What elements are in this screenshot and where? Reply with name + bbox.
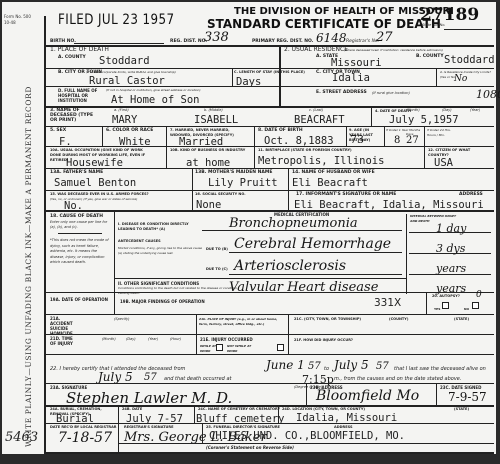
rule — [424, 126, 425, 146]
rule — [306, 383, 307, 405]
business-label: 10b. KIND OF BUSINESS OR INDUSTRY — [170, 148, 245, 153]
cause-c-value: Arteriosclerosis — [234, 258, 346, 274]
rule — [409, 232, 491, 233]
time-of-injury-label: 21d. TIME OF INJURY — [50, 336, 76, 346]
cert-statement-mid2: and that death occurred at — [164, 377, 231, 382]
rule — [288, 168, 289, 190]
spouse-value: Eli Beacraft — [292, 177, 368, 189]
injury-county-label: (COUNTY) — [389, 317, 408, 322]
while-at-work-checkbox[interactable] — [216, 344, 223, 351]
cause-hint: Enter only one cause per line for (a), (… — [50, 220, 110, 230]
cert-last-seen-year: 57 — [144, 372, 157, 383]
rule — [426, 292, 427, 314]
rule — [114, 278, 406, 279]
residence-hint: (Where deceased lived. If institution: r… — [344, 48, 443, 53]
street-annotation: 1080 — [476, 88, 500, 101]
rule — [114, 210, 115, 292]
hospital-label: d. FULL NAME OF HOSPITAL OR INSTITUTION — [58, 88, 98, 103]
date-signed-value: 7-9-57 — [448, 390, 487, 404]
operation-date-label: 19a. DATE OF OPERATION — [50, 297, 108, 302]
pod-county-value: Stoddard — [99, 55, 150, 67]
primary-reg-value: 6148 — [316, 31, 347, 45]
margin-number: 5463 — [5, 430, 38, 445]
father-label: 13a. FATHER'S NAME — [50, 170, 103, 175]
usual-residence-label: 2. USUAL RESIDENCE — [284, 47, 348, 52]
burial-date-label: 24b. DATE — [122, 407, 142, 412]
rule — [281, 86, 494, 87]
name-label: 3. NAME OF DECEASED (Type or Print) — [50, 108, 95, 123]
mother-value: Lily Pruitt — [208, 177, 278, 189]
operation-findings-label: 19b. MAJOR FINDINGS OF OPERATION — [120, 299, 205, 304]
rule — [371, 106, 372, 126]
code-value: 331X — [374, 297, 401, 309]
accident-label: 21a. ACCIDENT SUICIDE HOMICIDE — [50, 316, 80, 336]
informant-label: 17. INFORMANT'S SIGNATURE OR NAME — [296, 192, 396, 197]
antecedent-hint: Morbid conditions, if any, giving rise t… — [118, 246, 203, 256]
pod-county-label: a. COUNTY — [58, 55, 86, 60]
rule — [202, 423, 203, 443]
cert-to-word: to — [324, 367, 329, 372]
state-file-line — [444, 29, 492, 30]
place-of-death-label: 1. PLACE OF DEATH — [50, 47, 109, 52]
rule — [194, 405, 195, 423]
autopsy-mark: 0 — [476, 290, 482, 300]
cause-note: *This does not mean the mode of dying, s… — [50, 238, 110, 266]
due-to-c-label: DUE TO (c) — [206, 267, 228, 272]
rule — [406, 214, 407, 294]
cause-b-value: Cerebral Hemorrhage — [234, 236, 391, 252]
rule — [229, 274, 402, 275]
last-name-label: c. (Last) — [309, 108, 323, 113]
cert-address-value: Bloomfield Mo — [316, 388, 419, 404]
rule — [166, 146, 167, 168]
race-label: 6. COLOR OR RACE — [106, 128, 153, 133]
injury-day-label: (Day) — [126, 337, 136, 342]
dod-day-label: (Day) — [442, 108, 452, 113]
res-street-label: e. STREET ADDRESS — [316, 90, 367, 95]
rule — [102, 126, 103, 146]
rule — [46, 168, 494, 169]
form-rev-text: 10-48 — [4, 20, 31, 26]
date-of-death-value: July 5,1957 — [389, 114, 459, 126]
birthplace-value: Metropolis, Illinois — [258, 155, 384, 167]
rule — [58, 233, 102, 234]
left-margin: Form No. 500 10-48 WRITE PLAINLY—USING U… — [2, 2, 44, 454]
rule — [192, 168, 193, 190]
cemetery-label: 24c. NAME OF CEMETERY OR CREMATORY — [198, 407, 280, 412]
form-left-border — [44, 16, 46, 454]
sex-label: 5. SEX — [50, 128, 66, 133]
rule — [384, 126, 385, 146]
footer-note: (Coroner's Statement on Reverse Side) — [206, 445, 294, 450]
antecedent-label: ANTECEDENT CAUSES — [118, 239, 161, 244]
birthplace-label: 11. BIRTHPLACE (State or Foreign Country… — [258, 148, 352, 153]
injury-occurred-label: 21e. INJURY OCCURRED — [200, 337, 253, 342]
hospital-hint: (If not in hospital or institution, give… — [106, 88, 201, 93]
header-divider — [46, 45, 494, 47]
filed-stamp: FILED JUL 23 1957 — [58, 12, 175, 28]
reg-dist-label: REG. DIST. NO. — [170, 39, 207, 44]
rule — [196, 334, 197, 354]
res-county-label: b. COUNTY — [416, 54, 444, 59]
section-divider — [279, 46, 281, 106]
middle-name-value: ISABELL — [194, 114, 238, 126]
injury-hour-label: (Hour) — [170, 337, 181, 342]
rule — [46, 314, 494, 315]
cert-to-year: 57 — [376, 361, 389, 372]
first-name-value: MARY — [112, 114, 137, 126]
certificate-form: FILED JUL 23 1957 THE DIVISION OF HEALTH… — [44, 2, 496, 454]
rule — [196, 314, 197, 334]
rule — [278, 405, 279, 423]
autopsy-yes-checkbox[interactable] — [442, 302, 449, 309]
rule — [114, 292, 115, 314]
age-days-value: 27 — [406, 135, 419, 146]
length-of-stay-label: c. LENGTH OF STAY (in this place) — [234, 70, 305, 75]
rule — [202, 230, 402, 231]
injury-year-label: (Year) — [148, 337, 158, 342]
father-value: Samuel Benton — [54, 177, 136, 189]
vertical-instruction: WRITE PLAINLY—USING UNFADING BLACK INK—M… — [24, 86, 33, 447]
rule — [232, 68, 233, 86]
middle-name-label: b. (Middle) — [204, 108, 223, 113]
location-state-label: (State) — [454, 407, 469, 412]
rule — [436, 68, 437, 86]
place-of-injury-label: 21b. PLACE OF INJURY (e.g., in or about … — [199, 317, 279, 327]
rule — [288, 334, 289, 354]
informant-address-label: ADDRESS — [459, 192, 483, 197]
age-months-value: 8 — [394, 135, 400, 146]
age-months-label: If Under 1 Year Months — [386, 128, 420, 133]
certificate-number: 27189 — [420, 5, 479, 25]
cert-statement-mid: that I last saw the deceased alive on — [394, 367, 486, 372]
res-city-value: Idalia — [332, 72, 370, 84]
autopsy-no-checkbox[interactable] — [472, 302, 479, 309]
res-county-value: Stoddard — [444, 54, 495, 66]
cert-from-date: June 1 — [266, 358, 305, 372]
age-hours-label: If Under 24 Hrs. Hours / Min. — [427, 128, 457, 138]
not-while-at-work-checkbox[interactable] — [277, 344, 284, 351]
director-value: CHILES UND. CO.,BLOOMFIELD, MO. — [209, 430, 405, 442]
age-years-value: 73 — [350, 133, 364, 146]
rule — [118, 405, 119, 453]
rule — [281, 68, 494, 69]
death-certificate-page: Form No. 500 10-48 WRITE PLAINLY—USING U… — [2, 2, 496, 454]
rule — [46, 334, 494, 335]
received-value: 7-18-57 — [58, 430, 112, 446]
rule — [436, 383, 437, 405]
rule — [46, 423, 494, 424]
mother-label: 13b. MOTHER'S MAIDEN NAME — [195, 170, 272, 175]
rule — [192, 190, 193, 210]
registrar-no-label: Registrar's No. — [346, 39, 379, 44]
cert-statement-end: m., from the causes and on the date stat… — [334, 377, 461, 382]
rule — [409, 253, 491, 254]
registrar-no-value: 27 — [376, 30, 393, 45]
rule — [424, 146, 425, 168]
autopsy-label: 20. AUTOPSY? — [432, 294, 460, 299]
cert-from-year: 57 — [308, 361, 321, 372]
birth-no-label: BIRTH NO. — [50, 39, 76, 44]
accident-specify-label: (Specify) — [114, 317, 130, 322]
part1-label: I. DISEASE OR CONDITION DIRECTLY LEADING… — [118, 222, 206, 232]
rule — [46, 146, 494, 147]
how-injury-label: 21f. HOW DID INJURY OCCUR? — [294, 338, 353, 343]
rule — [46, 354, 494, 355]
cause-of-death-label: 18. CAUSE OF DEATH — [50, 214, 103, 219]
rule — [409, 274, 491, 275]
injury-month-label: (Month) — [102, 337, 116, 342]
first-name-label: a. (First) — [114, 108, 129, 113]
cause-a-value: Bronchopneumonia — [229, 216, 358, 231]
rule — [46, 190, 494, 191]
dod-month-label: (Month) — [406, 108, 420, 113]
rule — [118, 443, 494, 444]
birth-no-line — [74, 43, 164, 44]
part2-hint: Conditions contributing to the death but… — [118, 286, 238, 296]
reg-dist-value: 338 — [204, 30, 229, 45]
rule — [288, 314, 289, 334]
spouse-label: 14. NAME OF HUSBAND OR WIFE — [292, 170, 375, 175]
last-name-value: BEACRAFT — [294, 114, 345, 126]
rule — [46, 452, 494, 454]
form-number: Form No. 500 10-48 — [4, 14, 31, 26]
rule — [46, 86, 279, 87]
rule — [254, 146, 255, 168]
dod-year-label: (Year) — [470, 108, 480, 113]
rule — [46, 383, 494, 384]
certificate-title: STANDARD CERTIFICATE OF DEATH — [207, 17, 441, 31]
ssn-label: 16. SOCIAL SECURITY NO. — [195, 192, 246, 197]
res-street-hint: (If rural give location) — [372, 91, 410, 96]
not-while-at-work-label: NOT WHILE AT WORK — [227, 344, 257, 354]
rule — [288, 190, 289, 210]
rule — [46, 126, 494, 127]
due-to-b-label: DUE TO (b) — [206, 247, 228, 252]
autopsy-no-label: NO — [464, 307, 469, 312]
injury-state-label: (STATE) — [454, 317, 469, 322]
hospital-value: At Home of Son — [111, 94, 200, 106]
rule — [46, 68, 279, 69]
interval-a-value: 1 day — [436, 222, 466, 235]
primary-reg-label: PRIMARY REG. DIST. NO. — [252, 39, 313, 44]
cert-to-date: July 5 — [334, 358, 369, 372]
autopsy-yes-label: YES — [434, 307, 440, 312]
rule — [229, 252, 402, 253]
dob-label: 8. DATE OF BIRTH — [258, 128, 303, 133]
injury-city-label: 21c. (CITY, TOWN, OR TOWNSHIP) — [294, 317, 361, 322]
cert-last-seen: July 5 — [98, 370, 133, 384]
rule — [254, 126, 255, 146]
rule — [346, 126, 347, 146]
rule — [166, 126, 167, 146]
inside-limits-value: No — [454, 74, 467, 84]
state-file-label: State File No. — [422, 23, 445, 28]
